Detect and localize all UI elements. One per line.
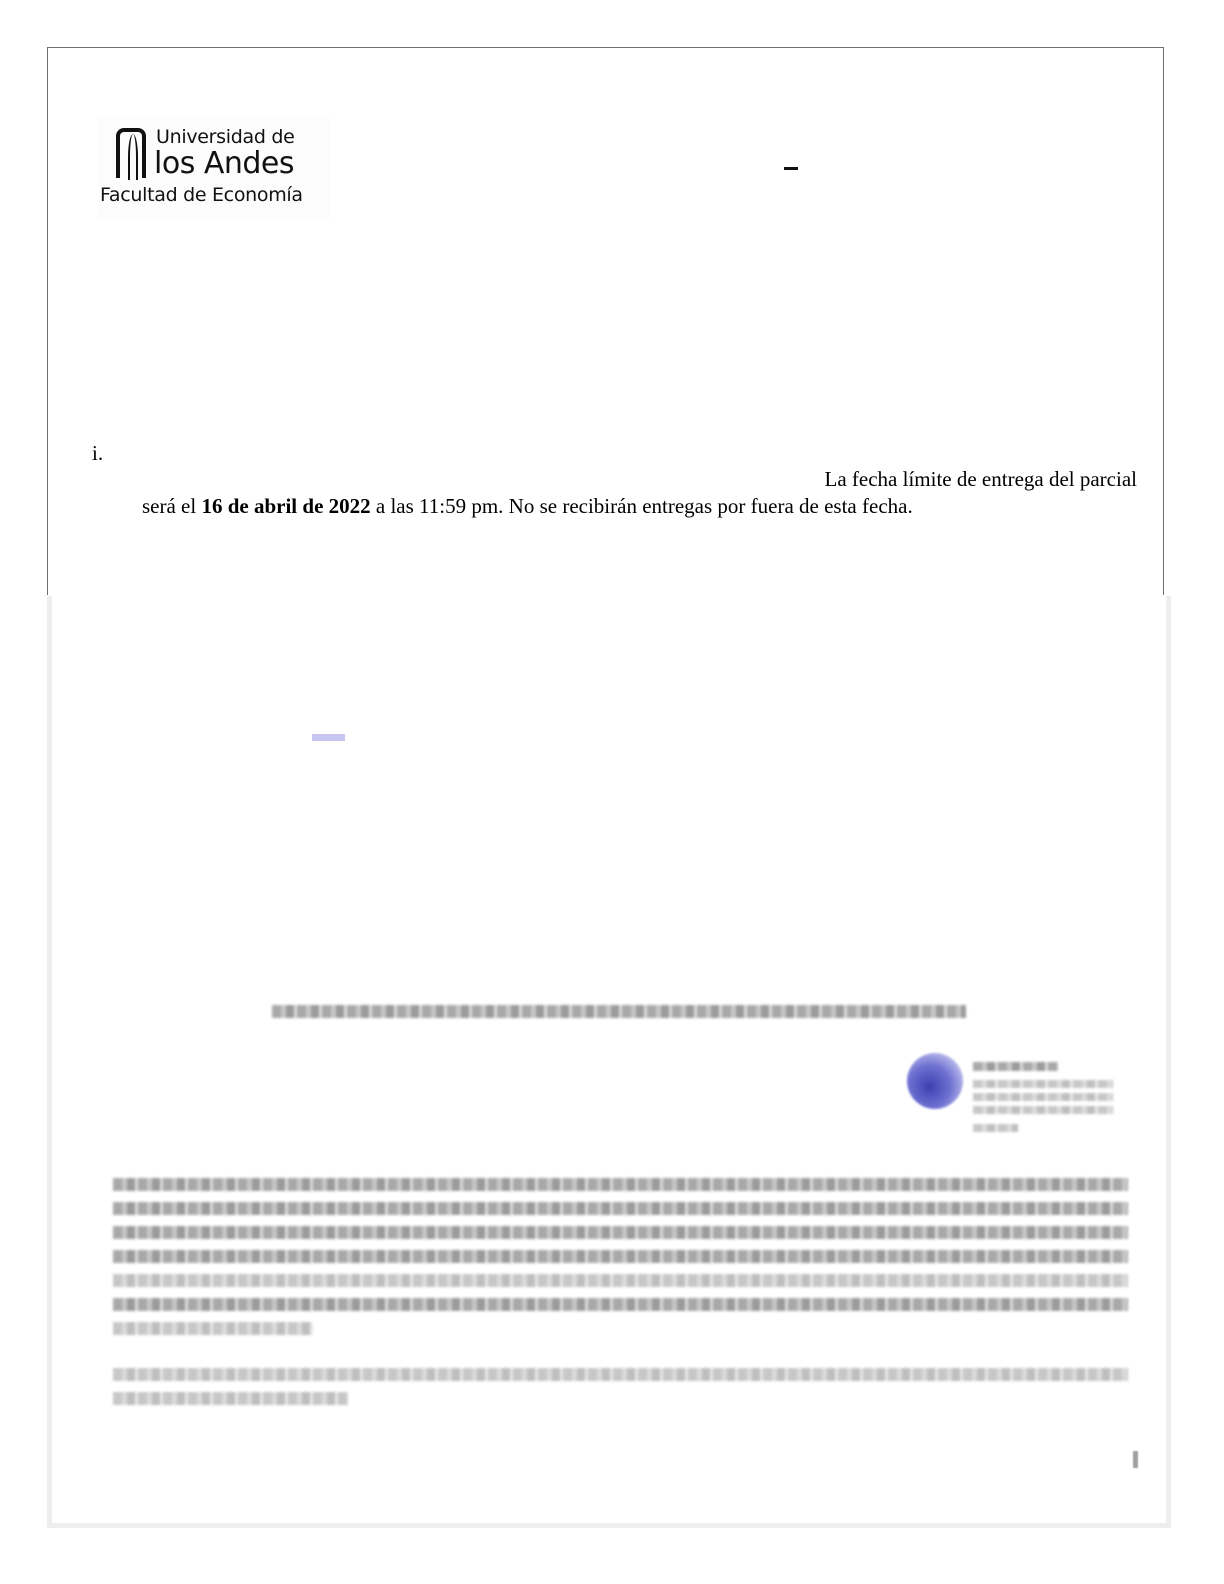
- logo-emblem-icon: [116, 128, 146, 178]
- logo-text-line2: los Andes: [154, 146, 294, 181]
- page-number: [1133, 1451, 1138, 1468]
- blurred-paragraph-line: [113, 1250, 1128, 1263]
- deadline-date: 16 de abril de 2022: [201, 494, 370, 518]
- author-avatar: [907, 1053, 963, 1109]
- blurred-author-info: [973, 1124, 1018, 1132]
- blurred-paragraph-line: [113, 1226, 1128, 1239]
- logo-text-line3: Facultad de Economía: [100, 184, 303, 206]
- list-marker: i.: [92, 441, 103, 466]
- blurred-paragraph-line: [113, 1298, 1128, 1311]
- deadline-text-line2: será el 16 de abril de 2022 a las 11:59 …: [142, 494, 913, 519]
- blurred-paragraph-line: [113, 1392, 348, 1405]
- deadline-suffix: a las 11:59 pm. No se recibirán entregas…: [371, 494, 913, 518]
- blurred-author-info: [973, 1080, 1113, 1088]
- blurred-author-info: [973, 1106, 1113, 1114]
- blurred-author-name: [973, 1062, 1058, 1071]
- deadline-prefix: será el: [142, 494, 201, 518]
- deadline-text-line1: La fecha límite de entrega del parcial: [825, 467, 1138, 492]
- header-dash: [784, 167, 798, 170]
- blurred-paragraph-line: [113, 1274, 1128, 1287]
- blurred-paragraph-line: [113, 1322, 313, 1335]
- blurred-paragraph-line: [113, 1368, 1128, 1381]
- blurred-heading: [272, 1005, 966, 1018]
- university-logo: Universidad de los Andes Facultad de Eco…: [98, 116, 330, 220]
- highlight-mark: [312, 734, 345, 741]
- logo-text-line1: Universidad de: [156, 126, 295, 148]
- blurred-author-info: [973, 1093, 1113, 1101]
- blurred-paragraph-line: [113, 1178, 1128, 1191]
- blurred-paragraph-line: [113, 1202, 1128, 1215]
